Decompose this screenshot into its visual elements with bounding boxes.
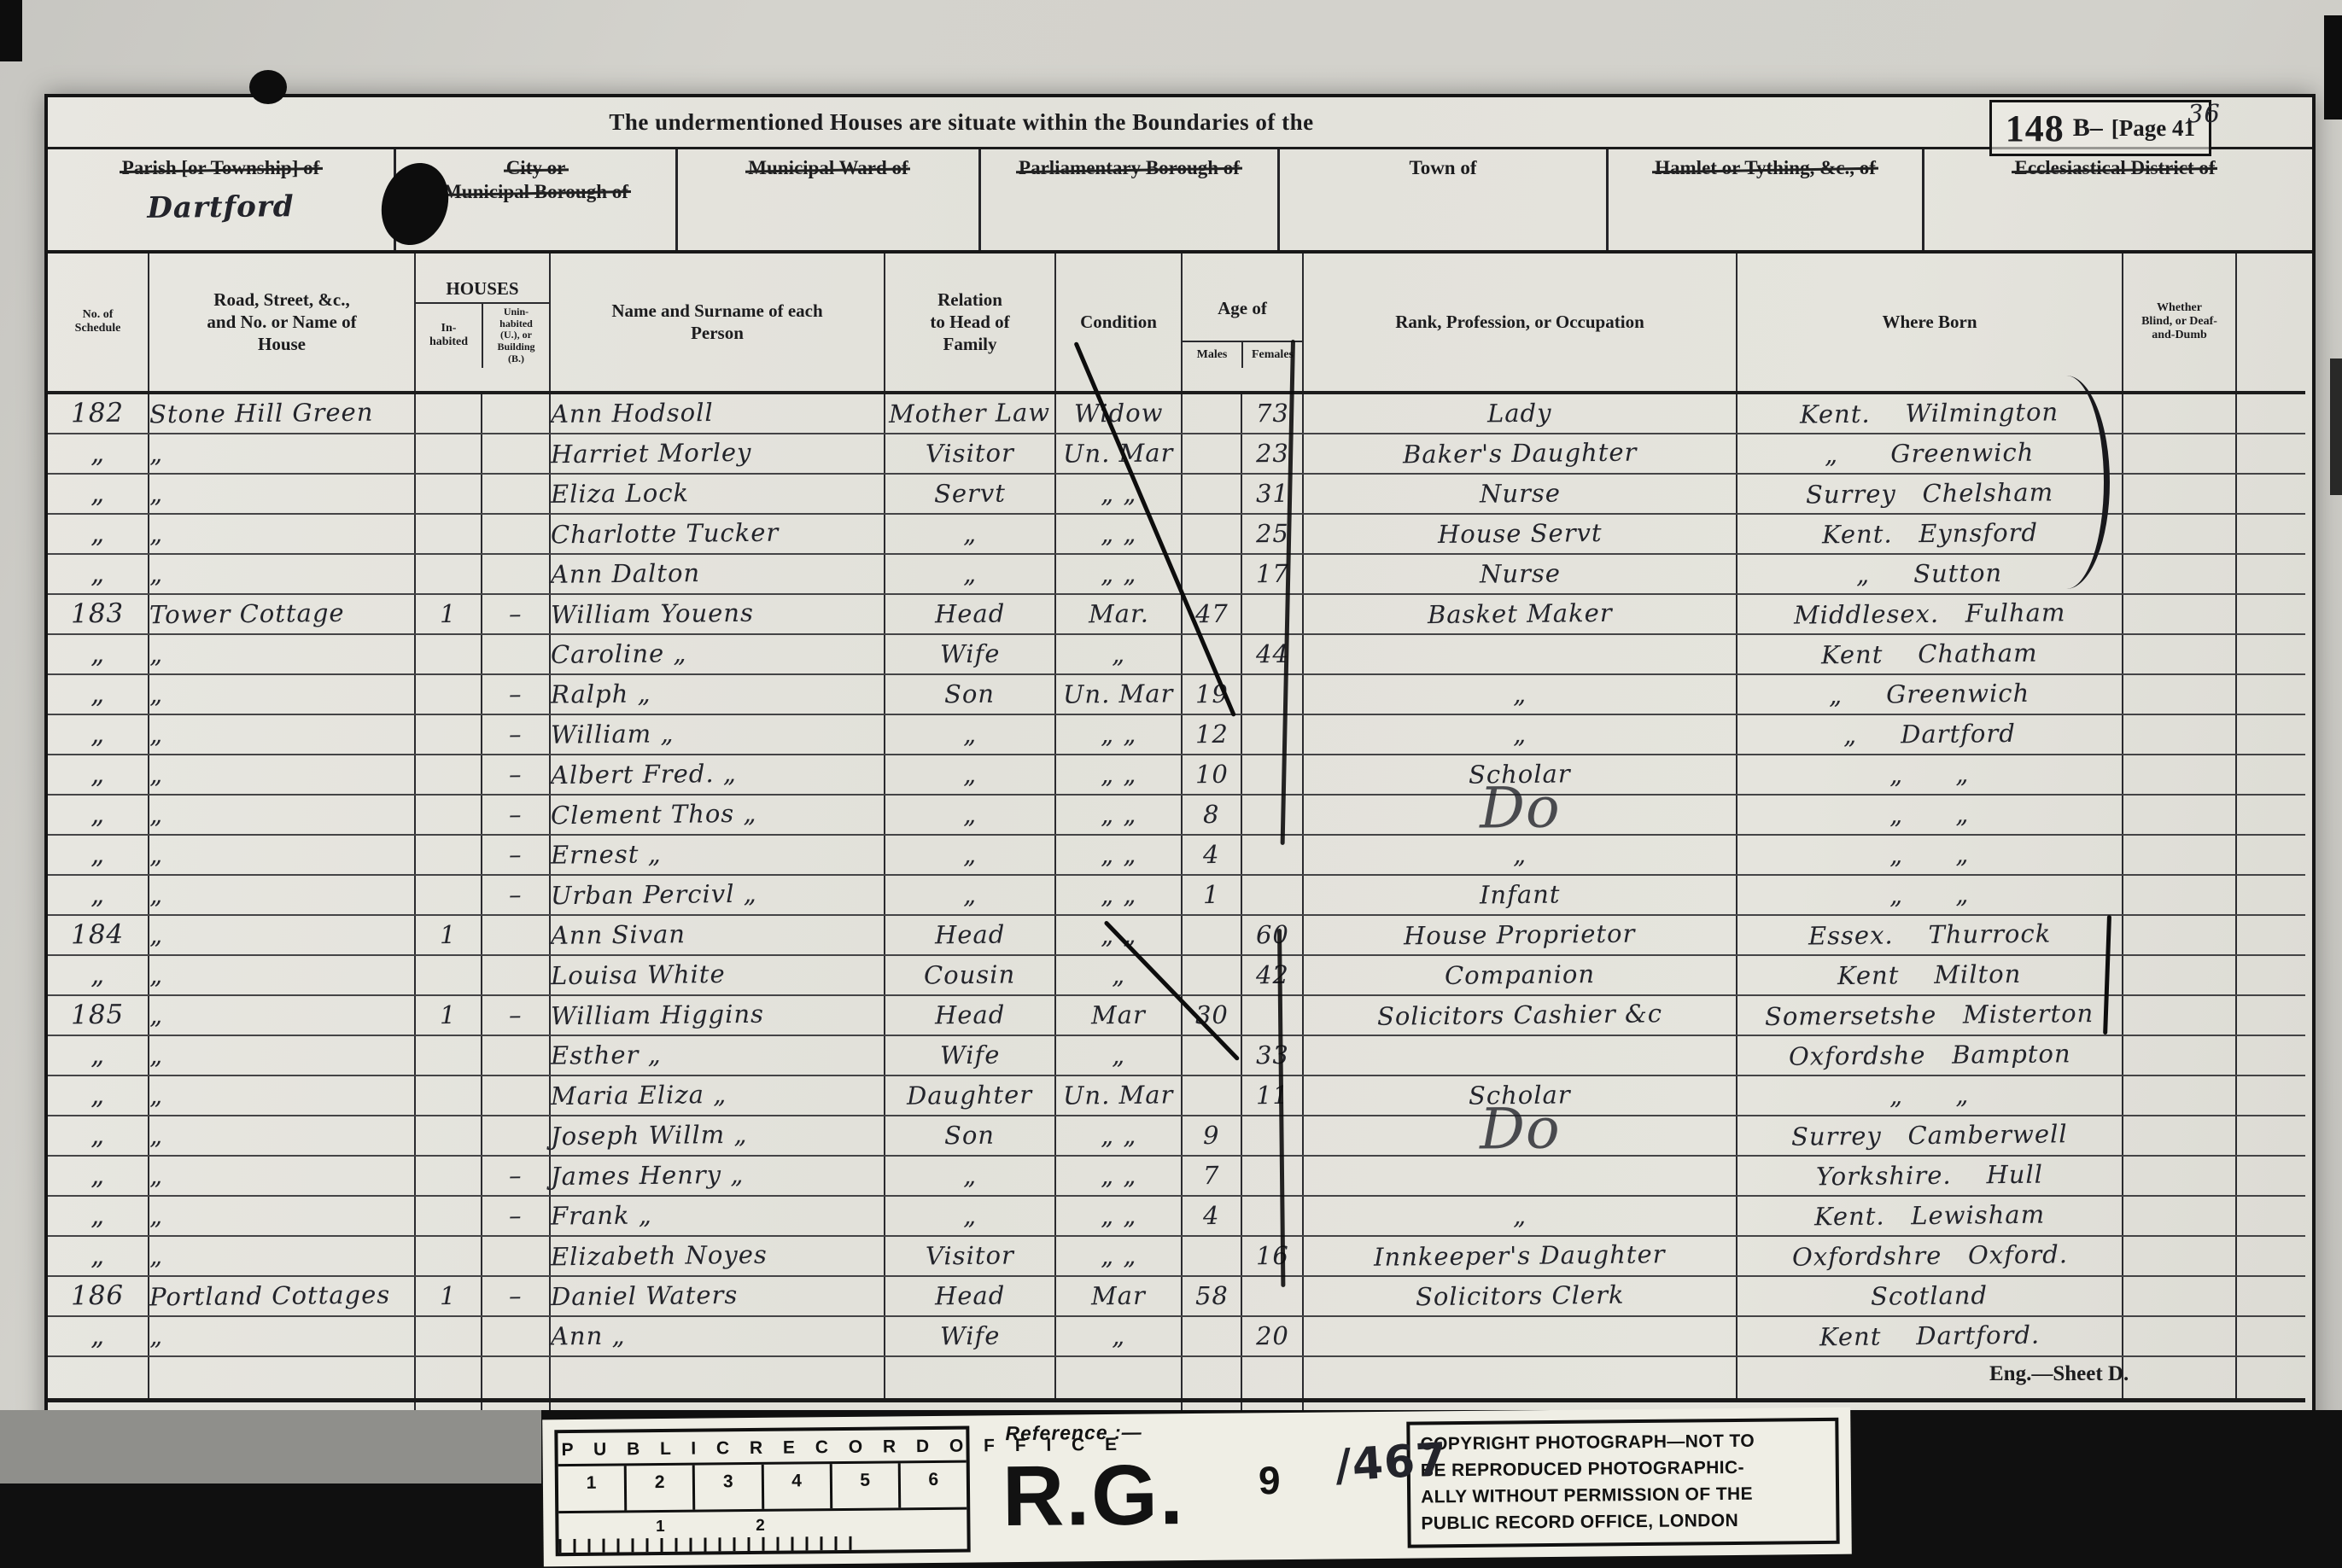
cell-born: „ Dartford: [1737, 714, 2123, 755]
cell-blind: [2123, 915, 2236, 955]
cell-age-female: [1241, 755, 1303, 795]
cell-occupation: „: [1303, 1196, 1737, 1236]
cell-uninhabited: [482, 915, 550, 955]
cell-condition-text: Mar: [1091, 1002, 1146, 1028]
cell-inhabited: [415, 393, 482, 434]
cell-name-text: Ann Hodsoll: [551, 400, 714, 427]
cell-schedule: „: [48, 634, 149, 674]
cell-relation: „: [885, 795, 1055, 835]
cell-name: Joseph Willm „: [550, 1116, 885, 1156]
cell-relation-text: „: [963, 521, 977, 545]
cell-condition: Widow: [1055, 393, 1182, 434]
cell-uninhabited: [482, 1116, 550, 1156]
cell-name: William „: [550, 714, 885, 755]
cell-age-female-text: 42: [1255, 962, 1288, 987]
piece-number: /467: [1334, 1434, 1449, 1492]
cell-name: Ernest „: [550, 835, 885, 875]
cell-schedule-text: „: [91, 520, 105, 546]
cell-name-text: Louisa White: [551, 961, 726, 988]
parish-cell: Parish [or Township] ofDartford: [48, 149, 394, 250]
cell-age-female: 11: [1241, 1075, 1303, 1116]
cell-condition: „ „: [1055, 795, 1182, 835]
cell-occupation-text: „: [1513, 681, 1527, 706]
cell-name-text: Ann „: [551, 1323, 626, 1349]
header-schedule: No. of Schedule: [48, 254, 149, 393]
cell-age-male-text: 10: [1194, 761, 1228, 786]
cell-schedule-text: „: [91, 1202, 105, 1228]
header-age-group: Age of Males Females: [1182, 254, 1303, 393]
ruler-inch-segment: 1: [558, 1466, 625, 1511]
cell-inhabited: [415, 795, 482, 835]
cell-margin: [2236, 835, 2305, 875]
cell-road: „: [149, 1196, 415, 1236]
cell-condition: „: [1055, 1035, 1182, 1075]
census-form: The undermentioned Houses are situate wi…: [44, 94, 2316, 1462]
cell-schedule: „: [48, 835, 149, 875]
cell-relation-text: Head: [935, 601, 1006, 627]
cell-age-male: [1182, 955, 1241, 995]
cell-age-male-text: 47: [1194, 601, 1228, 626]
cell-condition-text: „ „: [1101, 1163, 1137, 1187]
cell-schedule: 185: [48, 995, 149, 1035]
cell-condition-text: „ „: [1101, 481, 1137, 505]
cell-name: Elizabeth Noyes: [550, 1236, 885, 1276]
cell-age-male: 47: [1182, 594, 1241, 634]
cell-age-female-text: 11: [1255, 1082, 1288, 1107]
cell-condition-text: „ „: [1101, 1203, 1137, 1227]
cell-condition-text: „ „: [1101, 721, 1137, 746]
cell-uninhabited-text: –: [509, 721, 523, 746]
cell-age-female-text: 73: [1255, 400, 1288, 425]
cell-road: „: [149, 554, 415, 594]
cell-condition: Un. Mar: [1055, 1075, 1182, 1116]
ruler-ticks: [559, 1536, 862, 1553]
cell-name-text: Ralph „: [551, 681, 651, 707]
cell-relation-text: Visitor: [926, 440, 1014, 466]
census-row: 185„1–William HigginsHeadMar30Solicitors…: [48, 995, 2305, 1035]
census-row: 182Stone Hill GreenAnn HodsollMother Law…: [48, 393, 2305, 434]
series-number: 9: [1259, 1457, 1281, 1503]
cell-road-text: „: [149, 481, 163, 505]
cell-uninhabited-text: –: [509, 882, 523, 906]
cell-blind: [2123, 393, 2236, 434]
cell-occupation-text: Do: [1480, 808, 1561, 809]
cell-age-female-text: 20: [1255, 1323, 1288, 1348]
cell-condition-text: „: [1112, 962, 1125, 987]
cell-relation: Head: [885, 915, 1055, 955]
cell-name: Ann Dalton: [550, 554, 885, 594]
parish-cell-label: Parliamentary Borough of: [1019, 157, 1240, 178]
cell-uninhabited: [482, 634, 550, 674]
cell-margin: [2236, 1196, 2305, 1236]
cell-inhabited: [415, 955, 482, 995]
cell-age-female: [1241, 674, 1303, 714]
cell-margin: [2236, 875, 2305, 915]
cell-schedule: 182: [48, 393, 149, 434]
cell-condition-text: „: [1112, 641, 1125, 666]
cell-margin: [2236, 1236, 2305, 1276]
cell-inhabited-text: 1: [440, 1002, 457, 1027]
cell-occupation-text: House Servt: [1438, 520, 1603, 546]
cell-uninhabited: –: [482, 795, 550, 835]
cell-road-text: „: [149, 1243, 163, 1268]
cell-road-text: „: [149, 801, 163, 826]
cell-road: „: [149, 995, 415, 1035]
cell-inhabited: [415, 474, 482, 514]
cell-occupation: [1303, 1035, 1737, 1075]
cell-name-text: Caroline „: [551, 641, 687, 667]
cell-uninhabited: –: [482, 1276, 550, 1316]
cell-occupation-text: House Proprietor: [1404, 921, 1636, 948]
census-row: „„Ann „Wife„20Kent Dartford.: [48, 1316, 2305, 1356]
cell-condition: Mar: [1055, 1276, 1182, 1316]
cell-uninhabited: –: [482, 594, 550, 634]
cell-schedule: „: [48, 1156, 149, 1196]
header-houses: HOUSES: [416, 276, 549, 303]
ruler-cm-label: 1: [656, 1518, 665, 1536]
cell-condition-text: „ „: [1101, 842, 1137, 866]
cell-inhabited: [415, 434, 482, 474]
census-table: No. of Schedule Road, Street, &c., and N…: [48, 254, 2305, 1459]
cell-age-male: [1182, 514, 1241, 554]
ruler-inch-segment: 5: [829, 1463, 898, 1508]
cell-inhabited: [415, 1316, 482, 1356]
cell-occupation-text: „: [1513, 721, 1527, 746]
cell-born: Middlesex. Fulham: [1737, 594, 2123, 634]
cell-age-female-text: 16: [1255, 1243, 1288, 1268]
cell-name-text: Maria Eliza „: [551, 1081, 727, 1108]
parish-cell: Town of: [1277, 149, 1606, 250]
cell-schedule-text: 183: [71, 600, 124, 627]
cell-occupation: Companion: [1303, 955, 1737, 995]
cell-born: Kent. Lewisham: [1737, 1196, 2123, 1236]
census-row: „„Joseph Willm „Son„ „9DoSurrey Camberwe…: [48, 1116, 2305, 1156]
cell-uninhabited: –: [482, 875, 550, 915]
cell-schedule: „: [48, 795, 149, 835]
cell-road: „: [149, 714, 415, 755]
cell-age-male-text: 12: [1194, 721, 1228, 746]
cell-name: Ann Sivan: [550, 915, 885, 955]
cell-age-male: [1182, 1316, 1241, 1356]
cell-relation: „: [885, 755, 1055, 795]
cell-margin: [2236, 955, 2305, 995]
cell-schedule: „: [48, 554, 149, 594]
cell-condition-text: „ „: [1101, 801, 1137, 826]
cell-age-male: 19: [1182, 674, 1241, 714]
cell-born: „ Greenwich: [1737, 674, 2123, 714]
cell-occupation-text: Baker's Daughter: [1403, 440, 1638, 467]
cell-schedule-text: „: [91, 1122, 105, 1148]
cell-born: „ „: [1737, 1075, 2123, 1116]
cell-relation: Son: [885, 674, 1055, 714]
cell-margin: [2236, 1075, 2305, 1116]
cell-name-text: Elizabeth Noyes: [551, 1242, 768, 1269]
cell-road-text: „: [149, 1002, 163, 1027]
cell-born-text: „ „: [1889, 801, 1970, 827]
census-scan-page: The undermentioned Houses are situate wi…: [0, 0, 2342, 1568]
cell-name: Ann „: [550, 1316, 885, 1356]
cell-condition: Un. Mar: [1055, 674, 1182, 714]
census-row: „„–Frank „„„ „4„Kent. Lewisham: [48, 1196, 2305, 1236]
census-row: „„Maria Eliza „DaughterUn. Mar11Scholar„…: [48, 1075, 2305, 1116]
cell-relation-text: „: [963, 561, 977, 586]
cell-age-female: 73: [1241, 393, 1303, 434]
cell-name: Charlotte Tucker: [550, 514, 885, 554]
cell-schedule: „: [48, 434, 149, 474]
census-row: „„–William „„„ „12„„ Dartford: [48, 714, 2305, 755]
cell-age-female: [1241, 594, 1303, 634]
cell-road-text: „: [149, 882, 163, 906]
cell-road-text: „: [149, 1082, 163, 1107]
cell-uninhabited-text: –: [509, 801, 523, 826]
cell-relation: „: [885, 554, 1055, 594]
copyright-line: COPYRIGHT PHOTOGRAPH—NOT TO: [1420, 1428, 1825, 1458]
census-row: „„Elizabeth NoyesVisitor„ „16Innkeeper's…: [48, 1236, 2305, 1276]
cell-born: Kent Milton: [1737, 955, 2123, 995]
cell-schedule-text: „: [91, 720, 105, 747]
cell-age-male: 8: [1182, 795, 1241, 835]
cell-born-text: „ Greenwich: [1829, 680, 2030, 707]
cell-road-text: „: [149, 1203, 163, 1227]
cell-inhabited: [415, 674, 482, 714]
cell-relation: Wife: [885, 1316, 1055, 1356]
cell-road-text: Tower Cottage: [149, 600, 345, 627]
census-row: „„–Albert Fred. „„„ „10Scholar„ „: [48, 755, 2305, 795]
cell-inhabited-text: 1: [440, 1283, 457, 1308]
cell-uninhabited: [482, 1236, 550, 1276]
census-row: „„–Urban Percivl „„„ „1Infant„ „: [48, 875, 2305, 915]
cell-born-text: Essex. Thurrock: [1808, 921, 2052, 948]
cell-road-text: „: [149, 842, 163, 866]
cell-born-text: „ „: [1889, 1082, 1970, 1108]
census-row: 186Portland Cottages1–Daniel WatersHeadM…: [48, 1276, 2305, 1316]
cell-age-female: 16: [1241, 1236, 1303, 1276]
cell-relation: Head: [885, 594, 1055, 634]
cell-schedule-text: „: [91, 1041, 105, 1068]
cell-uninhabited: –: [482, 714, 550, 755]
cell-road-text: „: [149, 1042, 163, 1067]
cell-uninhabited-text: –: [509, 1283, 523, 1308]
parish-cell: City orMunicipal Borough of: [394, 149, 675, 250]
cell-occupation: Nurse: [1303, 474, 1737, 514]
cell-name: Urban Percivl „: [550, 875, 885, 915]
cell-margin: [2236, 554, 2305, 594]
cell-occupation-text: Lady: [1487, 400, 1552, 426]
scan-corner-mark: [0, 0, 22, 61]
cell-born: „ „: [1737, 875, 2123, 915]
cell-schedule: „: [48, 875, 149, 915]
cell-relation: Visitor: [885, 434, 1055, 474]
parish-cell: Ecclesiastical District of: [1922, 149, 2305, 250]
public-record-office-stamp: P U B L I C R E C O R D O F F I C E 1234…: [542, 1408, 1852, 1567]
cell-inhabited: [415, 1116, 482, 1156]
cell-born: Kent Chatham: [1737, 634, 2123, 674]
ruler-centimetres: 1 2: [558, 1511, 861, 1553]
parish-cell-label: Town of: [1409, 157, 1476, 178]
cell-occupation: Baker's Daughter: [1303, 434, 1737, 474]
cell-name-text: Esther „: [551, 1042, 662, 1068]
cell-schedule: „: [48, 674, 149, 714]
header-inhabited: In- habited: [416, 304, 482, 369]
census-row: „„–Ernest „„„ „4„„ „: [48, 835, 2305, 875]
header-relation: Relation to Head of Family: [885, 254, 1055, 393]
cell-age-female-text: 60: [1255, 922, 1288, 947]
cell-schedule: 183: [48, 594, 149, 634]
cell-schedule-text: 184: [71, 921, 124, 948]
cell-age-male: 9: [1182, 1116, 1241, 1156]
cell-relation: „: [885, 714, 1055, 755]
cell-road: „: [149, 915, 415, 955]
cell-inhabited: [415, 634, 482, 674]
parish-header-row: Parish [or Township] ofDartfordCity orMu…: [48, 149, 2312, 254]
cell-born: „ „: [1737, 835, 2123, 875]
census-rows: 182Stone Hill GreenAnn HodsollMother Law…: [48, 393, 2305, 1356]
cell-margin: [2236, 795, 2305, 835]
cell-road-text: Portland Cottages: [149, 1282, 390, 1309]
cell-inhabited: [415, 1236, 482, 1276]
cell-relation-text: Mother Law: [889, 400, 1050, 427]
bottom-scan-strip: P U B L I C R E C O R D O F F I C E 1234…: [0, 1410, 2342, 1568]
cell-name: James Henry „: [550, 1156, 885, 1196]
cell-born-text: Yorkshire. Hull: [1816, 1162, 2043, 1189]
cell-born: Kent Dartford.: [1737, 1316, 2123, 1356]
cell-margin: [2236, 1276, 2305, 1316]
cell-uninhabited: [482, 955, 550, 995]
cell-name-text: Ann Sivan: [551, 922, 686, 948]
census-row: „„–James Henry „„„ „7Yorkshire. Hull: [48, 1156, 2305, 1196]
cell-schedule-text: „: [91, 881, 105, 907]
cell-occupation-text: Solicitors Clerk: [1416, 1282, 1625, 1309]
cell-born-text: Kent. Wilmington: [1800, 399, 2059, 427]
ruler-cm-label: 2: [756, 1517, 765, 1536]
cell-born-text: Surrey Camberwell: [1791, 1122, 2068, 1149]
cell-born-text: „ „: [1889, 842, 1970, 867]
cell-name: Clement Thos „: [550, 795, 885, 835]
cell-name: Ann Hodsoll: [550, 393, 885, 434]
cell-uninhabited-text: –: [509, 1002, 523, 1027]
page-bracket: [Page 41: [2111, 115, 2195, 142]
copyright-line: PUBLIC RECORD OFFICE, LONDON: [1421, 1507, 1825, 1537]
page-title: The undermentioned Houses are situate wi…: [449, 109, 1474, 136]
ruler-inches: 123456: [558, 1463, 967, 1514]
cell-inhabited: 1: [415, 594, 482, 634]
cell-uninhabited: [482, 1075, 550, 1116]
cell-road-text: „: [149, 962, 163, 987]
parish-cell: Parliamentary Borough of: [978, 149, 1277, 250]
cell-schedule: „: [48, 1035, 149, 1075]
cell-margin: [2236, 474, 2305, 514]
cell-schedule-text: „: [91, 1322, 105, 1349]
cell-condition-text: „ „: [1101, 521, 1137, 545]
cell-relation: Wife: [885, 1035, 1055, 1075]
census-row: „„Caroline „Wife„44Kent Chatham: [48, 634, 2305, 674]
cell-age-male: 58: [1182, 1276, 1241, 1316]
header-margin: [2236, 254, 2305, 393]
cell-age-male: [1182, 474, 1241, 514]
cell-relation: Head: [885, 1276, 1055, 1316]
cell-occupation: „: [1303, 714, 1737, 755]
census-row: „„–Ralph „SonUn. Mar19„„ Greenwich: [48, 674, 2305, 714]
cell-road: „: [149, 1116, 415, 1156]
cell-condition-text: „ „: [1101, 561, 1137, 586]
cell-road: „: [149, 875, 415, 915]
cell-occupation-text: Basket Maker: [1428, 600, 1613, 627]
title-row: The undermentioned Houses are situate wi…: [48, 97, 2312, 149]
cell-margin: [2236, 674, 2305, 714]
cell-road-text: „: [149, 561, 163, 586]
record-series: R.G.: [1002, 1446, 1186, 1546]
cell-condition-text: „: [1112, 1042, 1125, 1067]
cell-age-male: 30: [1182, 995, 1241, 1035]
cell-condition-text: „ „: [1101, 1243, 1137, 1268]
cell-margin: [2236, 1116, 2305, 1156]
cell-condition: „ „: [1055, 514, 1182, 554]
header-females: Females: [1241, 342, 1302, 368]
cell-occupation: Do: [1303, 795, 1737, 835]
cell-road: „: [149, 514, 415, 554]
page-number-box: 148 B– [Page 41: [1989, 100, 2211, 156]
cell-born: Oxfordshre Oxford.: [1737, 1236, 2123, 1276]
cell-schedule-text: „: [91, 1081, 105, 1108]
cell-road-text: „: [149, 681, 163, 706]
cell-occupation-text: Innkeeper's Daughter: [1374, 1242, 1666, 1270]
cell-condition: „ „: [1055, 474, 1182, 514]
header-born: Where Born: [1737, 254, 2123, 393]
cell-condition: Un. Mar: [1055, 434, 1182, 474]
cell-age-male: [1182, 1075, 1241, 1116]
cell-name-text: Daniel Waters: [551, 1282, 739, 1309]
cell-name: Eliza Lock: [550, 474, 885, 514]
cell-occupation: Innkeeper's Daughter: [1303, 1236, 1737, 1276]
folio-number: 148: [2006, 107, 2065, 150]
cell-age-female: [1241, 714, 1303, 755]
cell-uninhabited: [482, 434, 550, 474]
cell-inhabited: [415, 835, 482, 875]
ruler-inch-segment: 3: [692, 1465, 762, 1510]
cell-name: William Higgins: [550, 995, 885, 1035]
cell-inhabited: [415, 1196, 482, 1236]
cell-born-text: „ Greenwich: [1825, 440, 2035, 467]
census-row: „„–Clement Thos „„„ „8Do„ „: [48, 795, 2305, 835]
cell-inhabited: [415, 514, 482, 554]
cell-blind: [2123, 554, 2236, 594]
cell-relation: Wife: [885, 634, 1055, 674]
cell-born: Essex. Thurrock: [1737, 915, 2123, 955]
cell-age-female-text: 31: [1255, 481, 1288, 505]
cell-name-text: Charlotte Tucker: [551, 520, 780, 547]
cell-uninhabited-text: –: [509, 842, 523, 866]
cell-relation-text: „: [963, 801, 977, 826]
cell-inhabited: [415, 1035, 482, 1075]
header-uninhabited: Unin- habited (U.), or Building (B.): [482, 304, 549, 369]
cell-condition-text: Mar: [1091, 1283, 1146, 1309]
cell-schedule-text: „: [91, 560, 105, 586]
census-row: 183Tower Cottage1–William YouensHeadMar.…: [48, 594, 2305, 634]
cell-age-female: 20: [1241, 1316, 1303, 1356]
parish-cell-label: Municipal Borough of: [443, 181, 628, 202]
cell-road-text: Stone Hill Green: [149, 399, 374, 427]
cell-age-female: 42: [1241, 955, 1303, 995]
cell-schedule-text: „: [91, 640, 105, 667]
cell-condition-text: Un. Mar: [1063, 440, 1174, 466]
cell-uninhabited: [482, 1035, 550, 1075]
cell-name-text: Ann Dalton: [551, 561, 700, 587]
cell-schedule: „: [48, 1116, 149, 1156]
copyright-line: BE REPRODUCED PHOTOGRAPHIC-: [1421, 1454, 1825, 1484]
cell-inhabited: [415, 554, 482, 594]
cell-condition-text: Widow: [1074, 400, 1164, 426]
cell-blind: [2123, 1276, 2236, 1316]
